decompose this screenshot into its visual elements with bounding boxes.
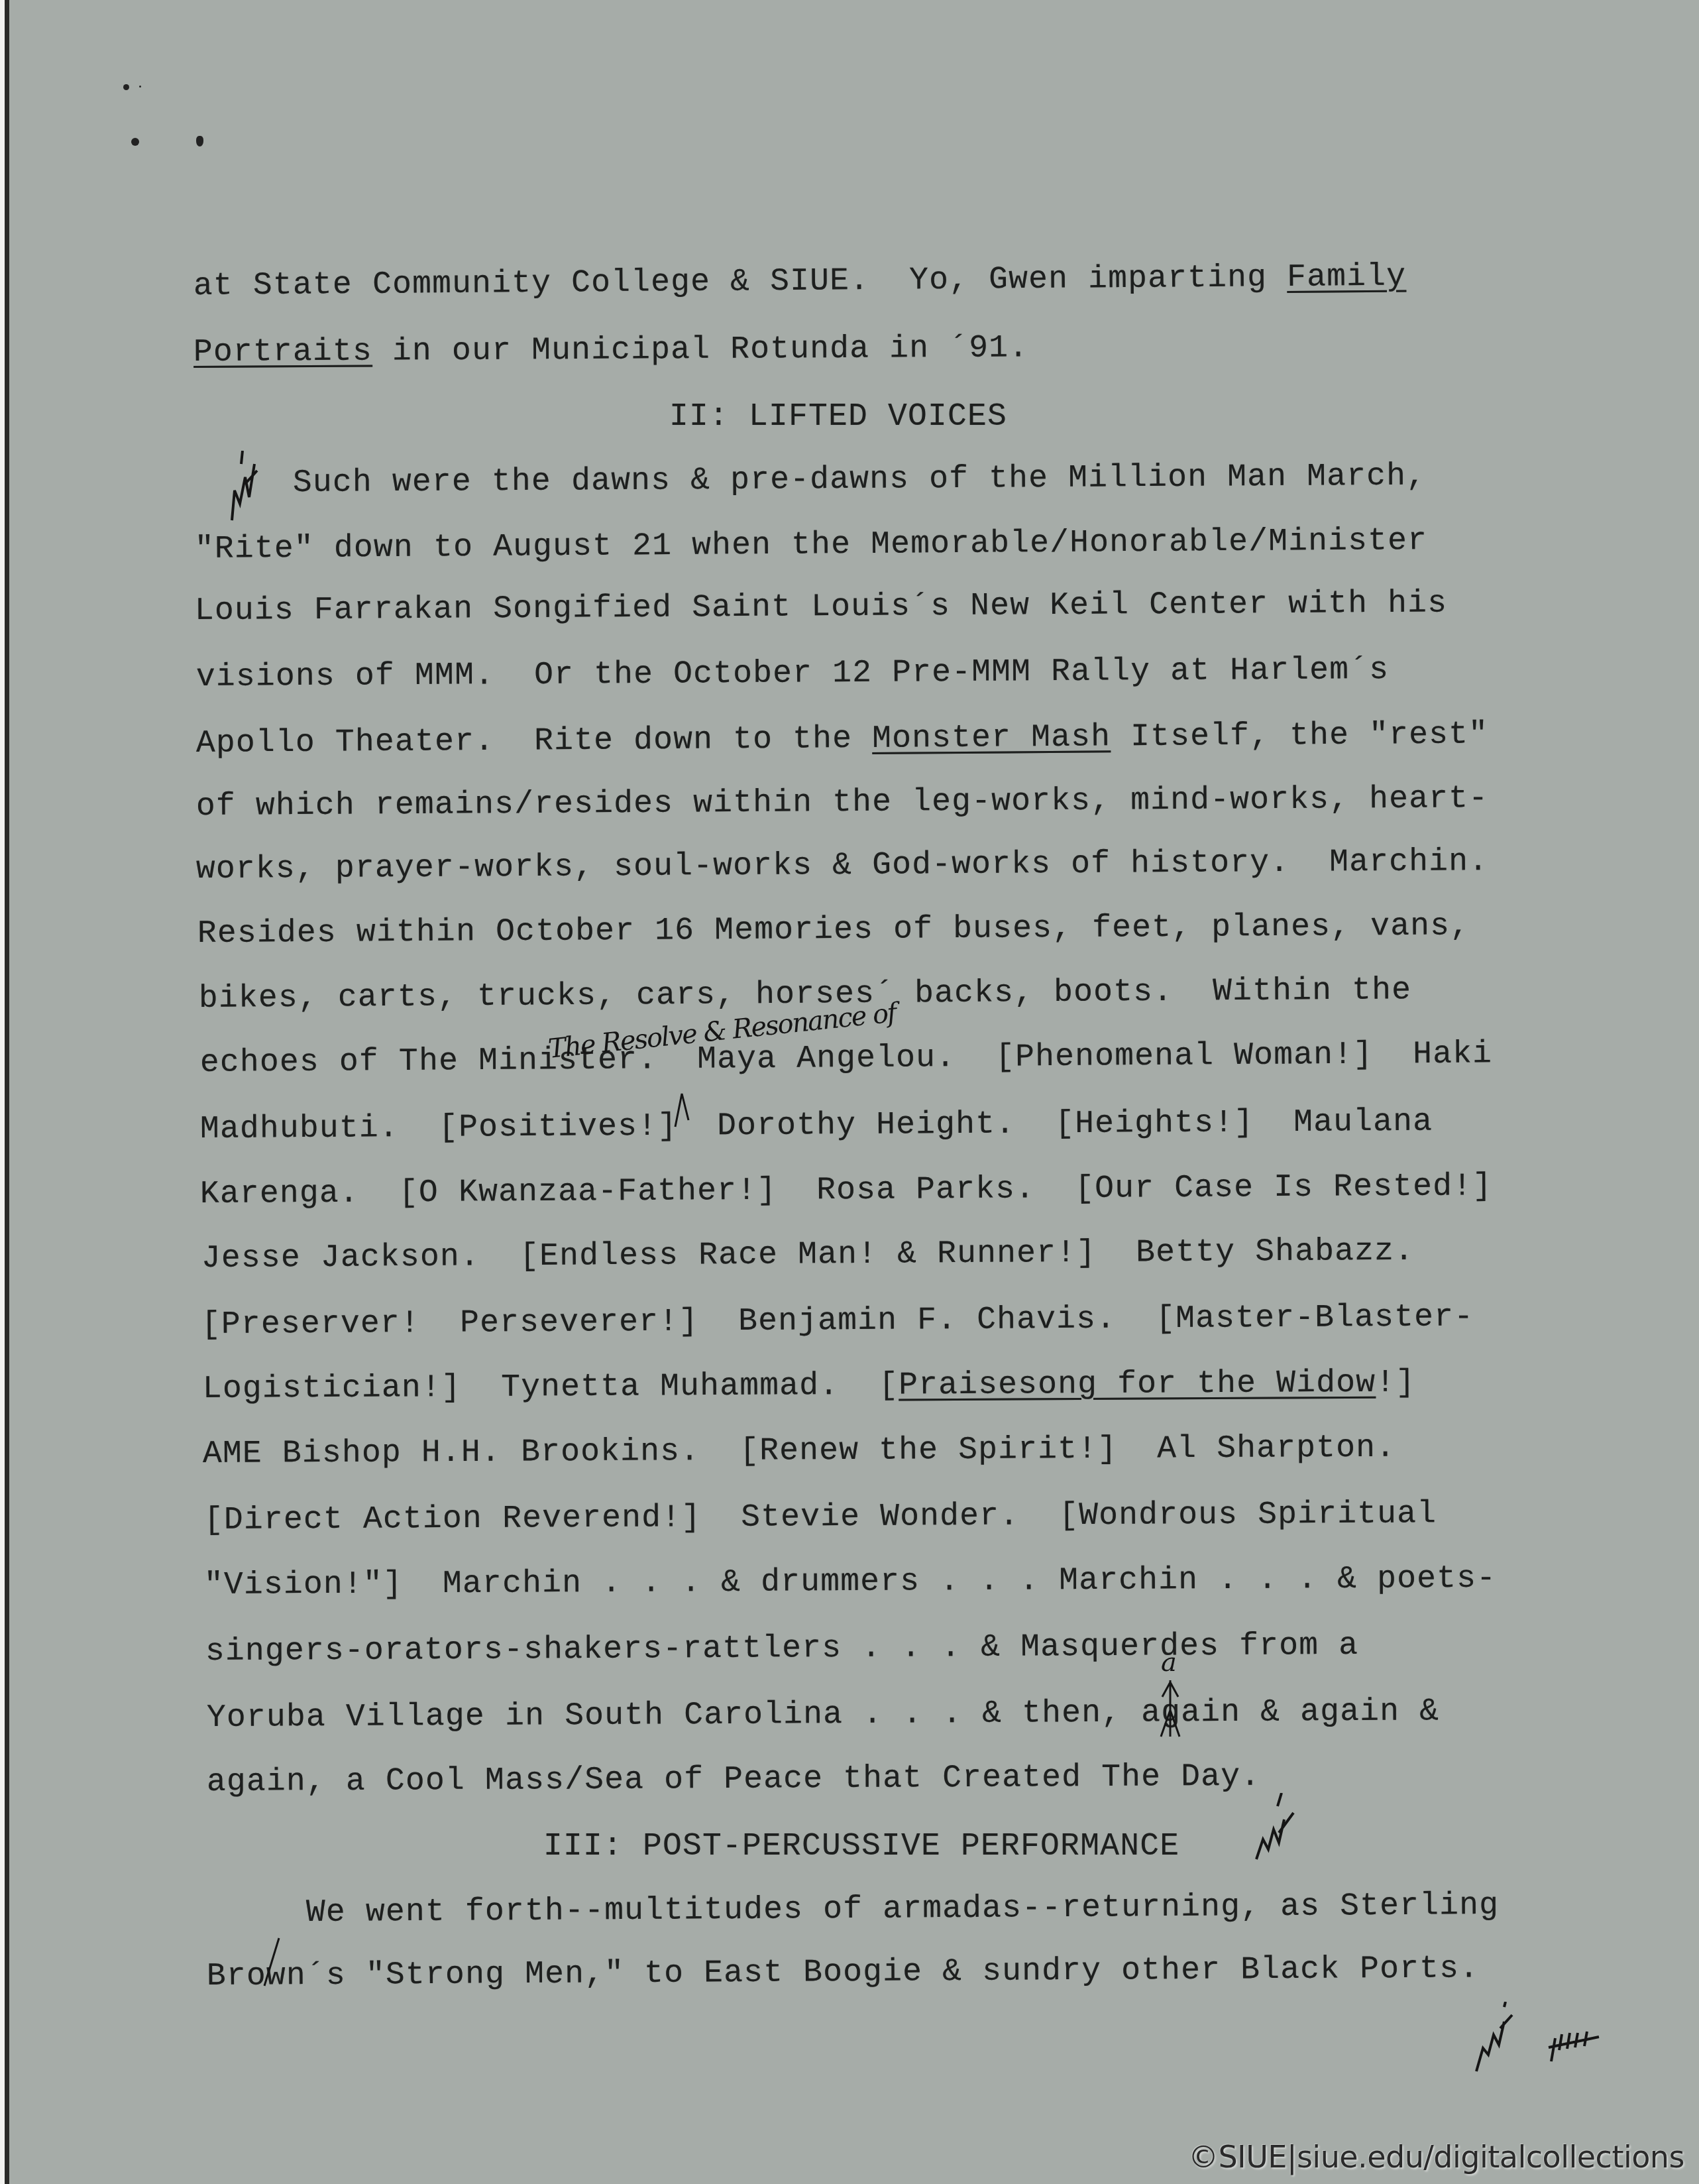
text-line: Brown´s "Strong Men," to East Boogie & s…: [207, 1953, 1480, 1992]
paper-speck: [123, 84, 129, 90]
text-line: Karenga. [O Kwanzaa-Father!] Rosa Parks.…: [200, 1171, 1493, 1210]
text-run: Karenga. [O Kwanzaa-Father!] Rosa Parks.…: [200, 1169, 1493, 1212]
text-line: Apollo Theater. Rite down to the Monster…: [196, 718, 1489, 760]
underlined-title: Praisesong for the Widow: [899, 1365, 1376, 1404]
section-heading: II: LIFTED VOICES: [669, 401, 1007, 433]
text-run: Jesse Jackson. [Endless Race Man! & Runn…: [201, 1234, 1415, 1277]
text-line: [Direct Action Reverend!] Stevie Wonder.…: [204, 1498, 1437, 1536]
paragraph-mark-icon: [1252, 1793, 1299, 1866]
paper-speck: [196, 136, 203, 146]
text-line: at State Community College & SIUE. Yo, G…: [193, 261, 1407, 302]
text-line: Such were the dawns & pre-dawns of the M…: [293, 461, 1427, 499]
text-line: Jesse Jackson. [Endless Race Man! & Runn…: [201, 1236, 1415, 1275]
caret-insert-mark: [673, 1080, 692, 1133]
text-line: echoes of The Minister. Maya Angelou. [P…: [200, 1038, 1493, 1079]
text-run: echoes of The Minister. Maya Angelou. [P…: [200, 1036, 1493, 1081]
text-line: singers-orators-shakers-rattlers . . . &…: [205, 1630, 1359, 1668]
text-line: Portraits in our Municipal Rotunda in ´9…: [193, 332, 1028, 369]
handwritten-insertion-a: a: [1161, 1647, 1176, 1678]
paper-speck: [139, 86, 141, 87]
text-run: [Preserver! Perseverer!] Benjamin F. Cha…: [201, 1299, 1474, 1343]
text-run: [Direct Action Reverend!] Stevie Wonder.…: [204, 1496, 1437, 1538]
text-run: Brown´s "Strong Men," to East Boogie & s…: [207, 1951, 1480, 1994]
text-run: We went forth--multitudes of armadas--re…: [306, 1888, 1500, 1931]
text-line: AME Bishop H.H. Brookins. [Renew the Spi…: [203, 1432, 1396, 1470]
underlined-title: Family: [1287, 259, 1406, 296]
text-run: Logistician!] Tynetta Muhammad. [: [203, 1368, 899, 1407]
paper-speck: [131, 138, 139, 146]
text-run: of which remains/resides within the leg-…: [196, 781, 1489, 825]
underlined-title: Portraits: [193, 334, 372, 371]
text-run: Itself, the "rest": [1111, 717, 1488, 755]
text-run: AME Bishop H.H. Brookins. [Renew the Spi…: [203, 1430, 1396, 1472]
text-line: [Preserver! Perseverer!] Benjamin F. Cha…: [201, 1301, 1474, 1341]
text-line: Logistician!] Tynetta Muhammad. [Praises…: [203, 1367, 1416, 1405]
text-run: in our Municipal Rotunda in ´91.: [372, 330, 1028, 369]
text-run: Louis Farrakan Songified Saint Louis´s N…: [195, 585, 1448, 629]
text-line: We went forth--multitudes of armadas--re…: [306, 1890, 1500, 1929]
text-run: Resides within October 16 Memories of bu…: [197, 908, 1470, 952]
text-run: at State Community College & SIUE. Yo, G…: [193, 260, 1288, 304]
text-run: works, prayer-works, soul-works & God-wo…: [196, 844, 1489, 888]
text-run: Madhubuti. [Positives!] Dorothy Height. …: [200, 1104, 1433, 1147]
paragraph-mark-icon: [1471, 2002, 1517, 2075]
text-run: again, a Cool Mass/Sea of Peace that Cre…: [207, 1759, 1261, 1800]
text-line: "Rite" down to August 21 when the Memora…: [195, 525, 1428, 565]
underlined-title: Monster Mash: [872, 719, 1111, 757]
copyright-watermark: ©SIUE|siue.edu/digitalcollections: [1188, 2139, 1684, 2175]
text-line: again, a Cool Mass/Sea of Peace that Cre…: [207, 1761, 1260, 1798]
text-run: Such were the dawns & pre-dawns of the M…: [293, 459, 1427, 501]
text-line: Madhubuti. [Positives!] Dorothy Height. …: [200, 1106, 1433, 1145]
text-line: "Vision!"] Marchin . . . & drummers . . …: [204, 1563, 1497, 1601]
scan-border: [0, 0, 5, 2184]
slash-mark-icon: [262, 1935, 282, 1988]
paragraph-mark-icon: [225, 451, 272, 524]
text-line: works, prayer-works, soul-works & God-wo…: [196, 846, 1489, 886]
strikethrough-mark-icon: [1547, 2025, 1600, 2065]
text-run: !]: [1376, 1365, 1415, 1401]
text-run: "Vision!"] Marchin . . . & drummers . . …: [204, 1561, 1497, 1603]
text-run: Apollo Theater. Rite down to the: [196, 721, 873, 762]
text-run: singers-orators-shakers-rattlers . . . &…: [205, 1628, 1359, 1670]
text-run: Yoruba Village in South Carolina . . . &…: [207, 1694, 1440, 1736]
text-run: visions of MMM. Or the October 12 Pre-MM…: [196, 652, 1390, 695]
text-line: Yoruba Village in South Carolina . . . &…: [207, 1695, 1440, 1734]
caret-insert-mark: [1157, 1677, 1183, 1740]
text-line: visions of MMM. Or the October 12 Pre-MM…: [196, 654, 1390, 693]
text-line: Louis Farrakan Songified Saint Louis´s N…: [195, 587, 1448, 627]
text-line: of which remains/resides within the leg-…: [196, 783, 1489, 823]
text-line: Resides within October 16 Memories of bu…: [197, 910, 1470, 950]
section-heading: III: POST-PERCUSSIVE PERFORMANCE: [543, 1831, 1179, 1863]
text-run: "Rite" down to August 21 when the Memora…: [195, 523, 1428, 567]
